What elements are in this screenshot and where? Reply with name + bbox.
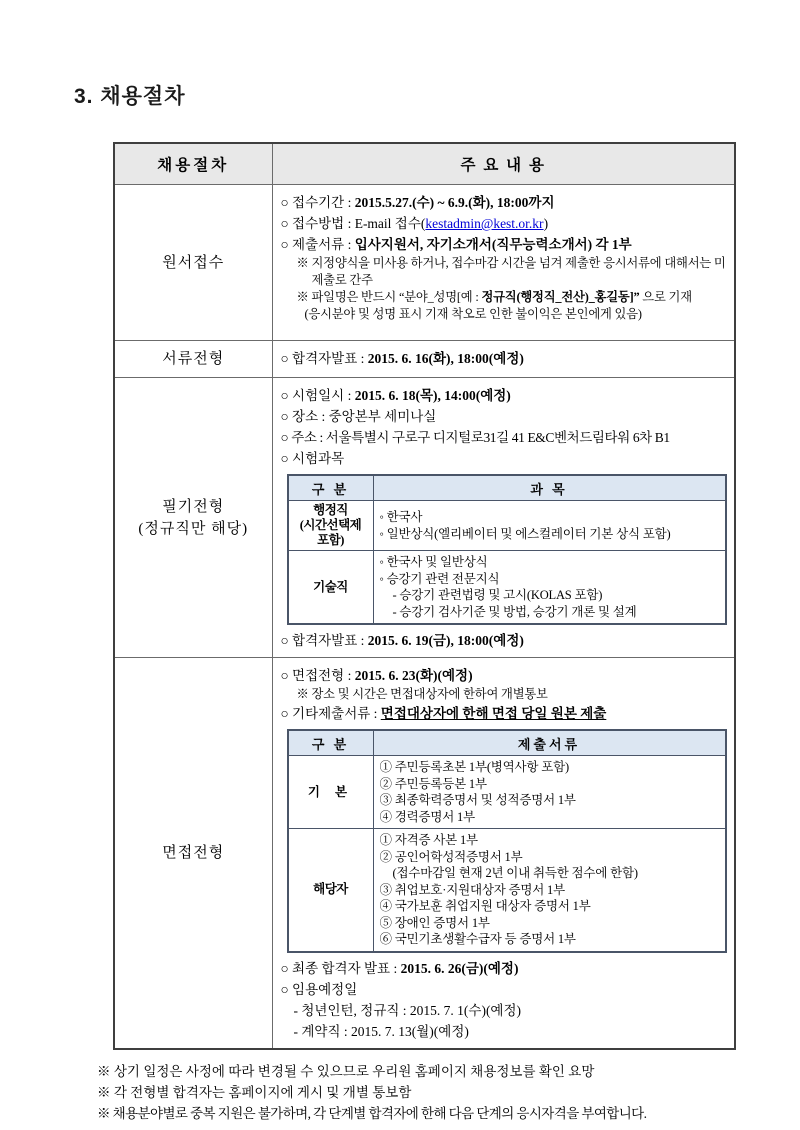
submit-header-category: 구 분 xyxy=(288,730,374,756)
submit-row-applicable: 해당자 ① 자격증 사본 1부 ② 공인어학성적증명서 1부 (접수마감일 현재… xyxy=(288,829,726,952)
subjects-admin-items: ◦ 한국사 ◦ 일반상식(엘리베이터 및 에스컬레이터 기본 상식 포함) xyxy=(373,501,726,551)
document-announce-label: ○ 합격자발표 : xyxy=(281,351,368,366)
subjects-table: 구 분 과 목 행정직 (시간선택제 포함) xyxy=(287,474,727,625)
applicable-doc-2-note: (접수마감일 현재 2년 이내 취득한 점수에 한함) xyxy=(380,865,719,882)
filename-note-suffix: 으로 기재 xyxy=(639,290,691,304)
row-document-screening: 서류전형 ○ 합격자발표 : 2015. 6. 16(화), 18:00(예정) xyxy=(114,341,735,378)
document-announce-value: 2015. 6. 16(화), 18:00(예정) xyxy=(368,351,524,366)
application-docs-value: 입사지원서, 자기소개서(직무능력소개서) 각 1부 xyxy=(355,237,632,252)
applicable-doc-4: ④ 국가보훈 취업지원 대상자 증명서 1부 xyxy=(380,898,719,915)
row-interview: 면접전형 ○ 면접전형 : 2015. 6. 23(화)(예정) ※ 장소 및 … xyxy=(114,658,735,1049)
application-content: ○ 접수기간 : 2015.5.27.(수) ~ 6.9.(화), 18:00까… xyxy=(272,185,735,341)
application-docs-label: ○ 제출서류 : xyxy=(281,237,355,252)
application-method: ○ 접수방법 : E-mail 접수(kestadmin@kest.or.kr) xyxy=(281,213,727,234)
written-announce-value: 2015. 6. 19(금), 18:00(예정) xyxy=(368,633,524,648)
application-period-value: 2015.5.27.(수) ~ 6.9.(화), 18:00까지 xyxy=(355,195,555,210)
basic-doc-1: ① 주민등록초본 1부(병역사항 포함) xyxy=(380,759,719,776)
subjects-technical-items: ◦ 한국사 및 일반상식 ◦ 승강기 관련 전문지식 - 승강기 관련법령 및 … xyxy=(373,551,726,625)
stage-application: 원서접수 xyxy=(114,185,272,341)
submit-applicable-items: ① 자격증 사본 1부 ② 공인어학성적증명서 1부 (접수마감일 현재 2년 … xyxy=(373,829,726,952)
recruitment-process-table: 채용절차 주 요 내 용 원서접수 ○ 접수기간 : 2015.5.27.(수)… xyxy=(113,142,736,1050)
written-label-line2: (정규직만 해당) xyxy=(116,518,271,540)
subjects-technical-label: 기술직 xyxy=(288,551,374,625)
tech-subject-2: ◦ 승강기 관련 전문지식 xyxy=(380,571,719,588)
interview-date-label: ○ 면접전형 : xyxy=(281,668,355,683)
tech-subject-4: - 승강기 검사기준 및 방법, 승강기 개론 및 설계 xyxy=(380,604,719,621)
written-datetime-label: ○ 시험일시 : xyxy=(281,388,355,403)
written-label-line1: 필기전형 xyxy=(116,496,271,518)
interview-docs-value: 면접대상자에 한해 면접 당일 원본 제출 xyxy=(381,706,607,721)
application-note-format: ※ 지정양식을 미사용 하거나, 접수마감 시간을 넘겨 제출한 응시서류에 대… xyxy=(281,255,727,289)
application-method-suffix: ) xyxy=(544,216,549,231)
final-announce-label: ○ 최종 합격자 발표 : xyxy=(281,961,401,976)
applicable-doc-1: ① 자격증 사본 1부 xyxy=(380,832,719,849)
document-announce: ○ 합격자발표 : 2015. 6. 16(화), 18:00(예정) xyxy=(281,348,727,369)
footnote-schedule-change: ※ 상기 일정은 사정에 따라 변경될 수 있으므로 우리원 홈페이지 채용정보… xyxy=(97,1061,800,1082)
written-subjects-label: ○ 시험과목 xyxy=(281,448,727,469)
header-main-content: 주 요 내 용 xyxy=(272,143,735,185)
basic-doc-3: ③ 최종학력증명서 및 성적증명서 1부 xyxy=(380,792,719,809)
interview-final-announce: ○ 최종 합격자 발표 : 2015. 6. 26(금)(예정) xyxy=(281,958,727,979)
written-announce-label: ○ 합격자발표 : xyxy=(281,633,368,648)
application-period-label: ○ 접수기간 : xyxy=(281,195,355,210)
tech-subject-1: ◦ 한국사 및 일반상식 xyxy=(380,554,719,571)
admin-label-line3: 포함) xyxy=(290,533,372,548)
application-note-filename: ※ 파일명은 반드시 “분야_성명[예 : 정규직(행정직_전산)_홍길동]” … xyxy=(281,289,727,306)
subjects-header-row: 구 분 과 목 xyxy=(288,475,726,501)
interview-note-notify: ※ 장소 및 시간은 면접대상자에 한하여 개별통보 xyxy=(281,686,727,703)
filename-note-example: 정규직(행정직_전산)_홍길동]” xyxy=(481,290,639,304)
written-datetime-value: 2015. 6. 18(목), 14:00(예정) xyxy=(355,388,511,403)
written-address: ○ 주소 : 서울특별시 구로구 디지털로31길 41 E&C벤처드림타워 6차… xyxy=(281,427,727,448)
footnote-notification: ※ 각 전형별 합격자는 홈페이지에 게시 및 개별 통보함 xyxy=(97,1082,800,1103)
basic-doc-2: ② 주민등록등본 1부 xyxy=(380,776,719,793)
written-place: ○ 장소 : 중앙본부 세미나실 xyxy=(281,406,727,427)
footnote-duplicate-application: ※ 채용분야별로 중복 지원은 불가하며, 각 단계별 합격자에 한해 다음 단… xyxy=(97,1103,800,1124)
applicable-doc-3: ③ 취업보호·지원대상자 증명서 1부 xyxy=(380,882,719,899)
table-header-row: 채용절차 주 요 내 용 xyxy=(114,143,735,185)
appointment-item-1: - 청년인턴, 정규직 : 2015. 7. 1(수)(예정) xyxy=(281,1000,727,1021)
interview-date: ○ 면접전형 : 2015. 6. 23(화)(예정) xyxy=(281,665,727,686)
email-link[interactable]: kestadmin@kest.or.kr xyxy=(425,216,543,231)
admin-subject-1: ◦ 한국사 xyxy=(380,509,719,526)
appointment-item-2: - 계약직 : 2015. 7. 13(월)(예정) xyxy=(281,1021,727,1042)
submit-row-basic: 기 본 ① 주민등록초본 1부(병역사항 포함) ② 주민등록등본 1부 ③ 최… xyxy=(288,756,726,829)
applicable-doc-2: ② 공인어학성적증명서 1부 xyxy=(380,849,719,866)
subjects-admin-label: 행정직 (시간선택제 포함) xyxy=(288,501,374,551)
admin-label-line2: (시간선택제 xyxy=(290,518,372,533)
page-title: 3. 채용절차 xyxy=(0,0,800,110)
admin-subject-2: ◦ 일반상식(엘리베이터 및 에스컬레이터 기본 상식 포함) xyxy=(380,526,719,543)
interview-docs: ○ 기타제출서류 : 면접대상자에 한해 면접 당일 원본 제출 xyxy=(281,703,727,724)
filename-note-prefix: ※ 파일명은 반드시 “분야_성명[예 : xyxy=(297,290,482,304)
stage-document-screening: 서류전형 xyxy=(114,341,272,378)
submit-applicable-label: 해당자 xyxy=(288,829,374,952)
application-note-disclaimer: (응시분야 및 성명 표시 기재 착오로 인한 불이익은 본인에게 있음) xyxy=(281,306,727,323)
written-announce: ○ 합격자발표 : 2015. 6. 19(금), 18:00(예정) xyxy=(281,630,727,651)
application-method-label: ○ 접수방법 : E-mail 접수( xyxy=(281,216,426,231)
subjects-row-admin: 행정직 (시간선택제 포함) ◦ 한국사 ◦ 일반상식(엘리베이터 및 에스컬레… xyxy=(288,501,726,551)
submit-docs-table: 구 분 제출서류 기 본 ① 주민등록초본 1부(병역사항 포함) ② 주민등록… xyxy=(287,729,727,953)
row-application: 원서접수 ○ 접수기간 : 2015.5.27.(수) ~ 6.9.(화), 1… xyxy=(114,185,735,341)
written-datetime: ○ 시험일시 : 2015. 6. 18(목), 14:00(예정) xyxy=(281,385,727,406)
row-written-test: 필기전형 (정규직만 해당) ○ 시험일시 : 2015. 6. 18(목), … xyxy=(114,378,735,658)
submit-basic-items: ① 주민등록초본 1부(병역사항 포함) ② 주민등록등본 1부 ③ 최종학력증… xyxy=(373,756,726,829)
header-process: 채용절차 xyxy=(114,143,272,185)
interview-docs-label: ○ 기타제출서류 : xyxy=(281,706,381,721)
footnotes: ※ 상기 일정은 사정에 따라 변경될 수 있으므로 우리원 홈페이지 채용정보… xyxy=(97,1061,800,1124)
applicable-doc-6: ⑥ 국민기초생활수급자 등 증명서 1부 xyxy=(380,931,719,948)
written-test-content: ○ 시험일시 : 2015. 6. 18(목), 14:00(예정) ○ 장소 … xyxy=(272,378,735,658)
subjects-header-subject: 과 목 xyxy=(373,475,726,501)
stage-written-test: 필기전형 (정규직만 해당) xyxy=(114,378,272,658)
subjects-row-technical: 기술직 ◦ 한국사 및 일반상식 ◦ 승강기 관련 전문지식 - 승강기 관련법… xyxy=(288,551,726,625)
stage-interview: 면접전형 xyxy=(114,658,272,1049)
tech-subject-3: - 승강기 관련법령 및 고시(KOLAS 포함) xyxy=(380,587,719,604)
interview-date-value: 2015. 6. 23(화)(예정) xyxy=(355,668,473,683)
subjects-header-category: 구 분 xyxy=(288,475,374,501)
interview-content: ○ 면접전형 : 2015. 6. 23(화)(예정) ※ 장소 및 시간은 면… xyxy=(272,658,735,1049)
submit-header-docs: 제출서류 xyxy=(373,730,726,756)
admin-label-line1: 행정직 xyxy=(290,503,372,518)
application-docs: ○ 제출서류 : 입사지원서, 자기소개서(직무능력소개서) 각 1부 xyxy=(281,234,727,255)
applicable-doc-5: ⑤ 장애인 증명서 1부 xyxy=(380,915,719,932)
appointment-label: ○ 임용예정일 xyxy=(281,979,727,1000)
submit-basic-label: 기 본 xyxy=(288,756,374,829)
submit-basic-label-text: 기 본 xyxy=(308,785,353,799)
submit-header-row: 구 분 제출서류 xyxy=(288,730,726,756)
document-screening-content: ○ 합격자발표 : 2015. 6. 16(화), 18:00(예정) xyxy=(272,341,735,378)
basic-doc-4: ④ 경력증명서 1부 xyxy=(380,809,719,826)
document-page: 3. 채용절차 채용절차 주 요 내 용 원서접수 ○ 접수기간 : 2015.… xyxy=(0,0,800,1130)
application-period: ○ 접수기간 : 2015.5.27.(수) ~ 6.9.(화), 18:00까… xyxy=(281,192,727,213)
final-announce-value: 2015. 6. 26(금)(예정) xyxy=(401,961,519,976)
